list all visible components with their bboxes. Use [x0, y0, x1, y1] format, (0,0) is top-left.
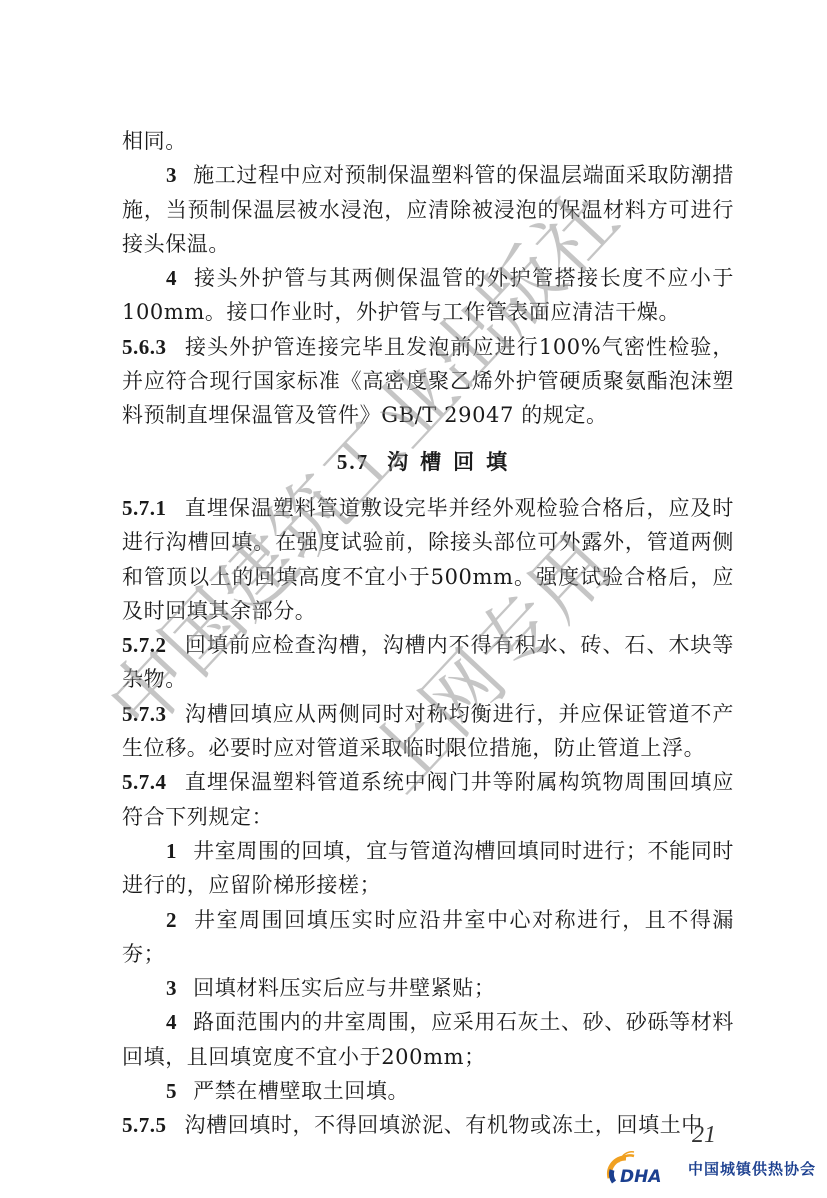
list-item: 1井室周围的回填，宜与管道沟槽回填同时进行；不能同时进行的，应留阶梯形接槎； — [122, 834, 734, 903]
page-number: 21 — [692, 1122, 716, 1149]
svg-text:DHA: DHA — [620, 1167, 662, 1187]
item-text: 路面范围内的井室周围，应采用石灰土、砂、砂砾等材料回填，且回填宽度不宜小于200… — [122, 1010, 734, 1068]
clause: 5.7.4直埋保温塑料管道系统中阀门井等附属构筑物周围回填应符合下列规定： — [122, 765, 734, 834]
item-text: 井室周围回填压实时应沿井室中心对称进行，且不得漏夯； — [122, 908, 734, 966]
section-number: 5.7 — [337, 450, 369, 474]
clause: 5.7.1直埋保温塑料管道敷设完毕并经外观检验合格后，应及时进行沟槽回填。在强度… — [122, 491, 734, 628]
clause-number: 5.7.3 — [122, 702, 167, 726]
body-text: 相同。 3施工过程中应对预制保温塑料管的保温层端面采取防潮措施，当预制保温层被水… — [122, 124, 734, 1143]
continuation-text: 相同。 — [122, 124, 734, 158]
clause-text: 沟槽回填时，不得回填淤泥、有机物或冻土，回填土中 — [185, 1113, 703, 1137]
list-item: 3回填材料压实后应与井壁紧贴； — [122, 971, 734, 1005]
section-heading: 5.7沟槽回填 — [122, 445, 734, 479]
clause-number: 5.7.1 — [122, 496, 167, 520]
dha-logo: DHA 中国城镇供热协会 — [604, 1148, 824, 1188]
clause: 5.6.3接头外护管连接完毕且发泡前应进行100%气密性检验，并应符合现行国家标… — [122, 330, 734, 433]
item-text: 井室周围的回填，宜与管道沟槽回填同时进行；不能同时进行的，应留阶梯形接槎； — [122, 839, 734, 897]
clause: 5.7.3沟槽回填应从两侧同时对称均衡进行，并应保证管道不产生位移。必要时应对管… — [122, 697, 734, 766]
item-number: 3 — [166, 976, 177, 1000]
list-item: 3施工过程中应对预制保温塑料管的保温层端面采取防潮措施，当预制保温层被水浸泡，应… — [122, 158, 734, 261]
org-name: 中国城镇供热协会 — [688, 1158, 816, 1179]
continuation-text-content: 相同。 — [122, 129, 187, 153]
clause-text: 回填前应检查沟槽，沟槽内不得有积水、砖、石、木块等杂物。 — [122, 633, 734, 691]
item-text: 严禁在槽壁取土回填。 — [193, 1079, 409, 1103]
clause-number: 5.7.2 — [122, 633, 167, 657]
section-title: 沟槽回填 — [387, 450, 519, 474]
item-text: 回填材料压实后应与井壁紧贴； — [193, 976, 495, 1000]
clause: 5.7.5沟槽回填时，不得回填淤泥、有机物或冻土，回填土中 — [122, 1108, 734, 1142]
clause-text: 接头外护管连接完毕且发泡前应进行100%气密性检验，并应符合现行国家标准《高密度… — [122, 335, 734, 428]
item-text: 接头外护管与其两侧保温管的外护管搭接长度不应小于100mm。接口作业时，外护管与… — [122, 266, 734, 324]
item-text: 施工过程中应对预制保温塑料管的保温层端面采取防潮措施，当预制保温层被水浸泡，应清… — [122, 163, 734, 256]
item-number: 3 — [166, 163, 177, 187]
item-number: 2 — [166, 908, 177, 932]
item-number: 4 — [166, 1010, 177, 1034]
clause-text: 直埋保温塑料管道系统中阀门井等附属构筑物周围回填应符合下列规定： — [122, 770, 734, 828]
clause-text: 沟槽回填应从两侧同时对称均衡进行，并应保证管道不产生位移。必要时应对管道采取临时… — [122, 702, 734, 760]
clause-text: 直埋保温塑料管道敷设完毕并经外观检验合格后，应及时进行沟槽回填。在强度试验前，除… — [122, 496, 734, 623]
list-item: 4路面范围内的井室周围，应采用石灰土、砂、砂砾等材料回填，且回填宽度不宜小于20… — [122, 1005, 734, 1074]
list-item: 5严禁在槽壁取土回填。 — [122, 1074, 734, 1108]
item-number: 5 — [166, 1079, 177, 1103]
item-number: 1 — [166, 839, 177, 863]
clause-number: 5.7.4 — [122, 770, 167, 794]
item-number: 4 — [166, 266, 177, 290]
list-item: 4接头外护管与其两侧保温管的外护管搭接长度不应小于100mm。接口作业时，外护管… — [122, 261, 734, 330]
dha-logo-icon: DHA — [604, 1148, 688, 1188]
document-page: 相同。 3施工过程中应对预制保温塑料管的保温层端面采取防潮措施，当预制保温层被水… — [0, 0, 827, 1198]
clause-number: 5.7.5 — [122, 1113, 167, 1137]
clause: 5.7.2回填前应检查沟槽，沟槽内不得有积水、砖、石、木块等杂物。 — [122, 628, 734, 697]
list-item: 2井室周围回填压实时应沿井室中心对称进行，且不得漏夯； — [122, 903, 734, 972]
clause-number: 5.6.3 — [122, 335, 167, 359]
